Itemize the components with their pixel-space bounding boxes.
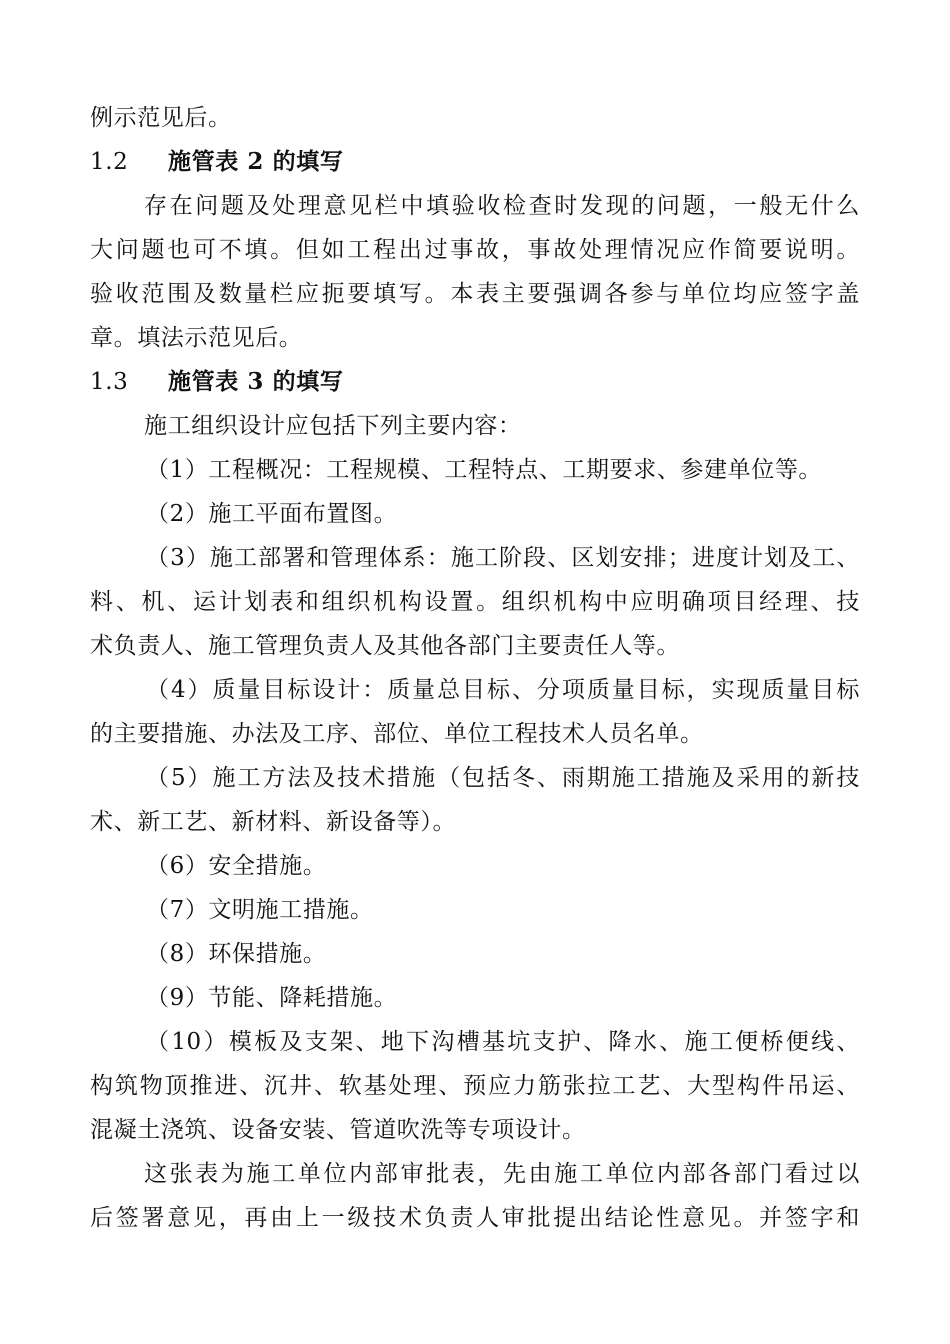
paragraph-line: 存在问题及处理意见栏中填验收检查时发现的问题，一般无什么	[90, 184, 860, 228]
list-item-3-line: 料、机、运计划表和组织机构设置。组织机构中应明确项目经理、技	[90, 580, 860, 624]
list-item-6: （6）安全措施。	[90, 844, 860, 888]
list-item-1: （1）工程概况：工程规模、工程特点、工期要求、参建单位等。	[90, 448, 860, 492]
closing-paragraph-line: 后签署意见，再由上一级技术负责人审批提出结论性意见。并签字和	[90, 1196, 860, 1240]
section-number: 1.3	[90, 360, 168, 404]
list-item-3-line: （3）施工部署和管理体系：施工阶段、区划安排；进度计划及工、	[90, 536, 860, 580]
paragraph-line: 大问题也可不填。但如工程出过事故，事故处理情况应作简要说明。	[90, 228, 860, 272]
paragraph-line: 章。填法示范见后。	[90, 316, 860, 360]
section-heading-1-2: 1.2施管表 2 的填写	[90, 140, 860, 184]
list-item-5-line: （5）施工方法及技术措施（包括冬、雨期施工措施及采用的新技	[90, 756, 860, 800]
list-item-5-line: 术、新工艺、新材料、新设备等）。	[90, 800, 860, 844]
section-title: 施管表 2 的填写	[168, 148, 343, 175]
section-heading-1-3: 1.3施管表 3 的填写	[90, 360, 860, 404]
list-item-3-line: 术负责人、施工管理负责人及其他各部门主要责任人等。	[90, 624, 860, 668]
section-number: 1.2	[90, 140, 168, 184]
list-item-10-line: 构筑物顶推进、沉井、软基处理、预应力筋张拉工艺、大型构件吊运、	[90, 1064, 860, 1108]
document-page: 例示范见后。 1.2施管表 2 的填写 存在问题及处理意见栏中填验收检查时发现的…	[90, 96, 860, 1240]
list-item-4-line: （4）质量目标设计：质量总目标、分项质量目标，实现质量目标	[90, 668, 860, 712]
paragraph-line: 验收范围及数量栏应扼要填写。本表主要强调各参与单位均应签字盖	[90, 272, 860, 316]
list-item-10-line: 混凝土浇筑、设备安装、管道吹洗等专项设计。	[90, 1108, 860, 1152]
list-item-10-line: （10）模板及支架、地下沟槽基坑支护、降水、施工便桥便线、	[90, 1020, 860, 1064]
list-item-4-line: 的主要措施、办法及工序、部位、单位工程技术人员名单。	[90, 712, 860, 756]
section-intro: 施工组织设计应包括下列主要内容：	[90, 404, 860, 448]
list-item-2: （2）施工平面布置图。	[90, 492, 860, 536]
list-item-7: （7）文明施工措施。	[90, 888, 860, 932]
list-item-9: （9）节能、降耗措施。	[90, 976, 860, 1020]
closing-paragraph-line: 这张表为施工单位内部审批表，先由施工单位内部各部门看过以	[90, 1152, 860, 1196]
intro-tail-text: 例示范见后。	[90, 96, 860, 140]
section-title: 施管表 3 的填写	[168, 368, 343, 395]
list-item-8: （8）环保措施。	[90, 932, 860, 976]
